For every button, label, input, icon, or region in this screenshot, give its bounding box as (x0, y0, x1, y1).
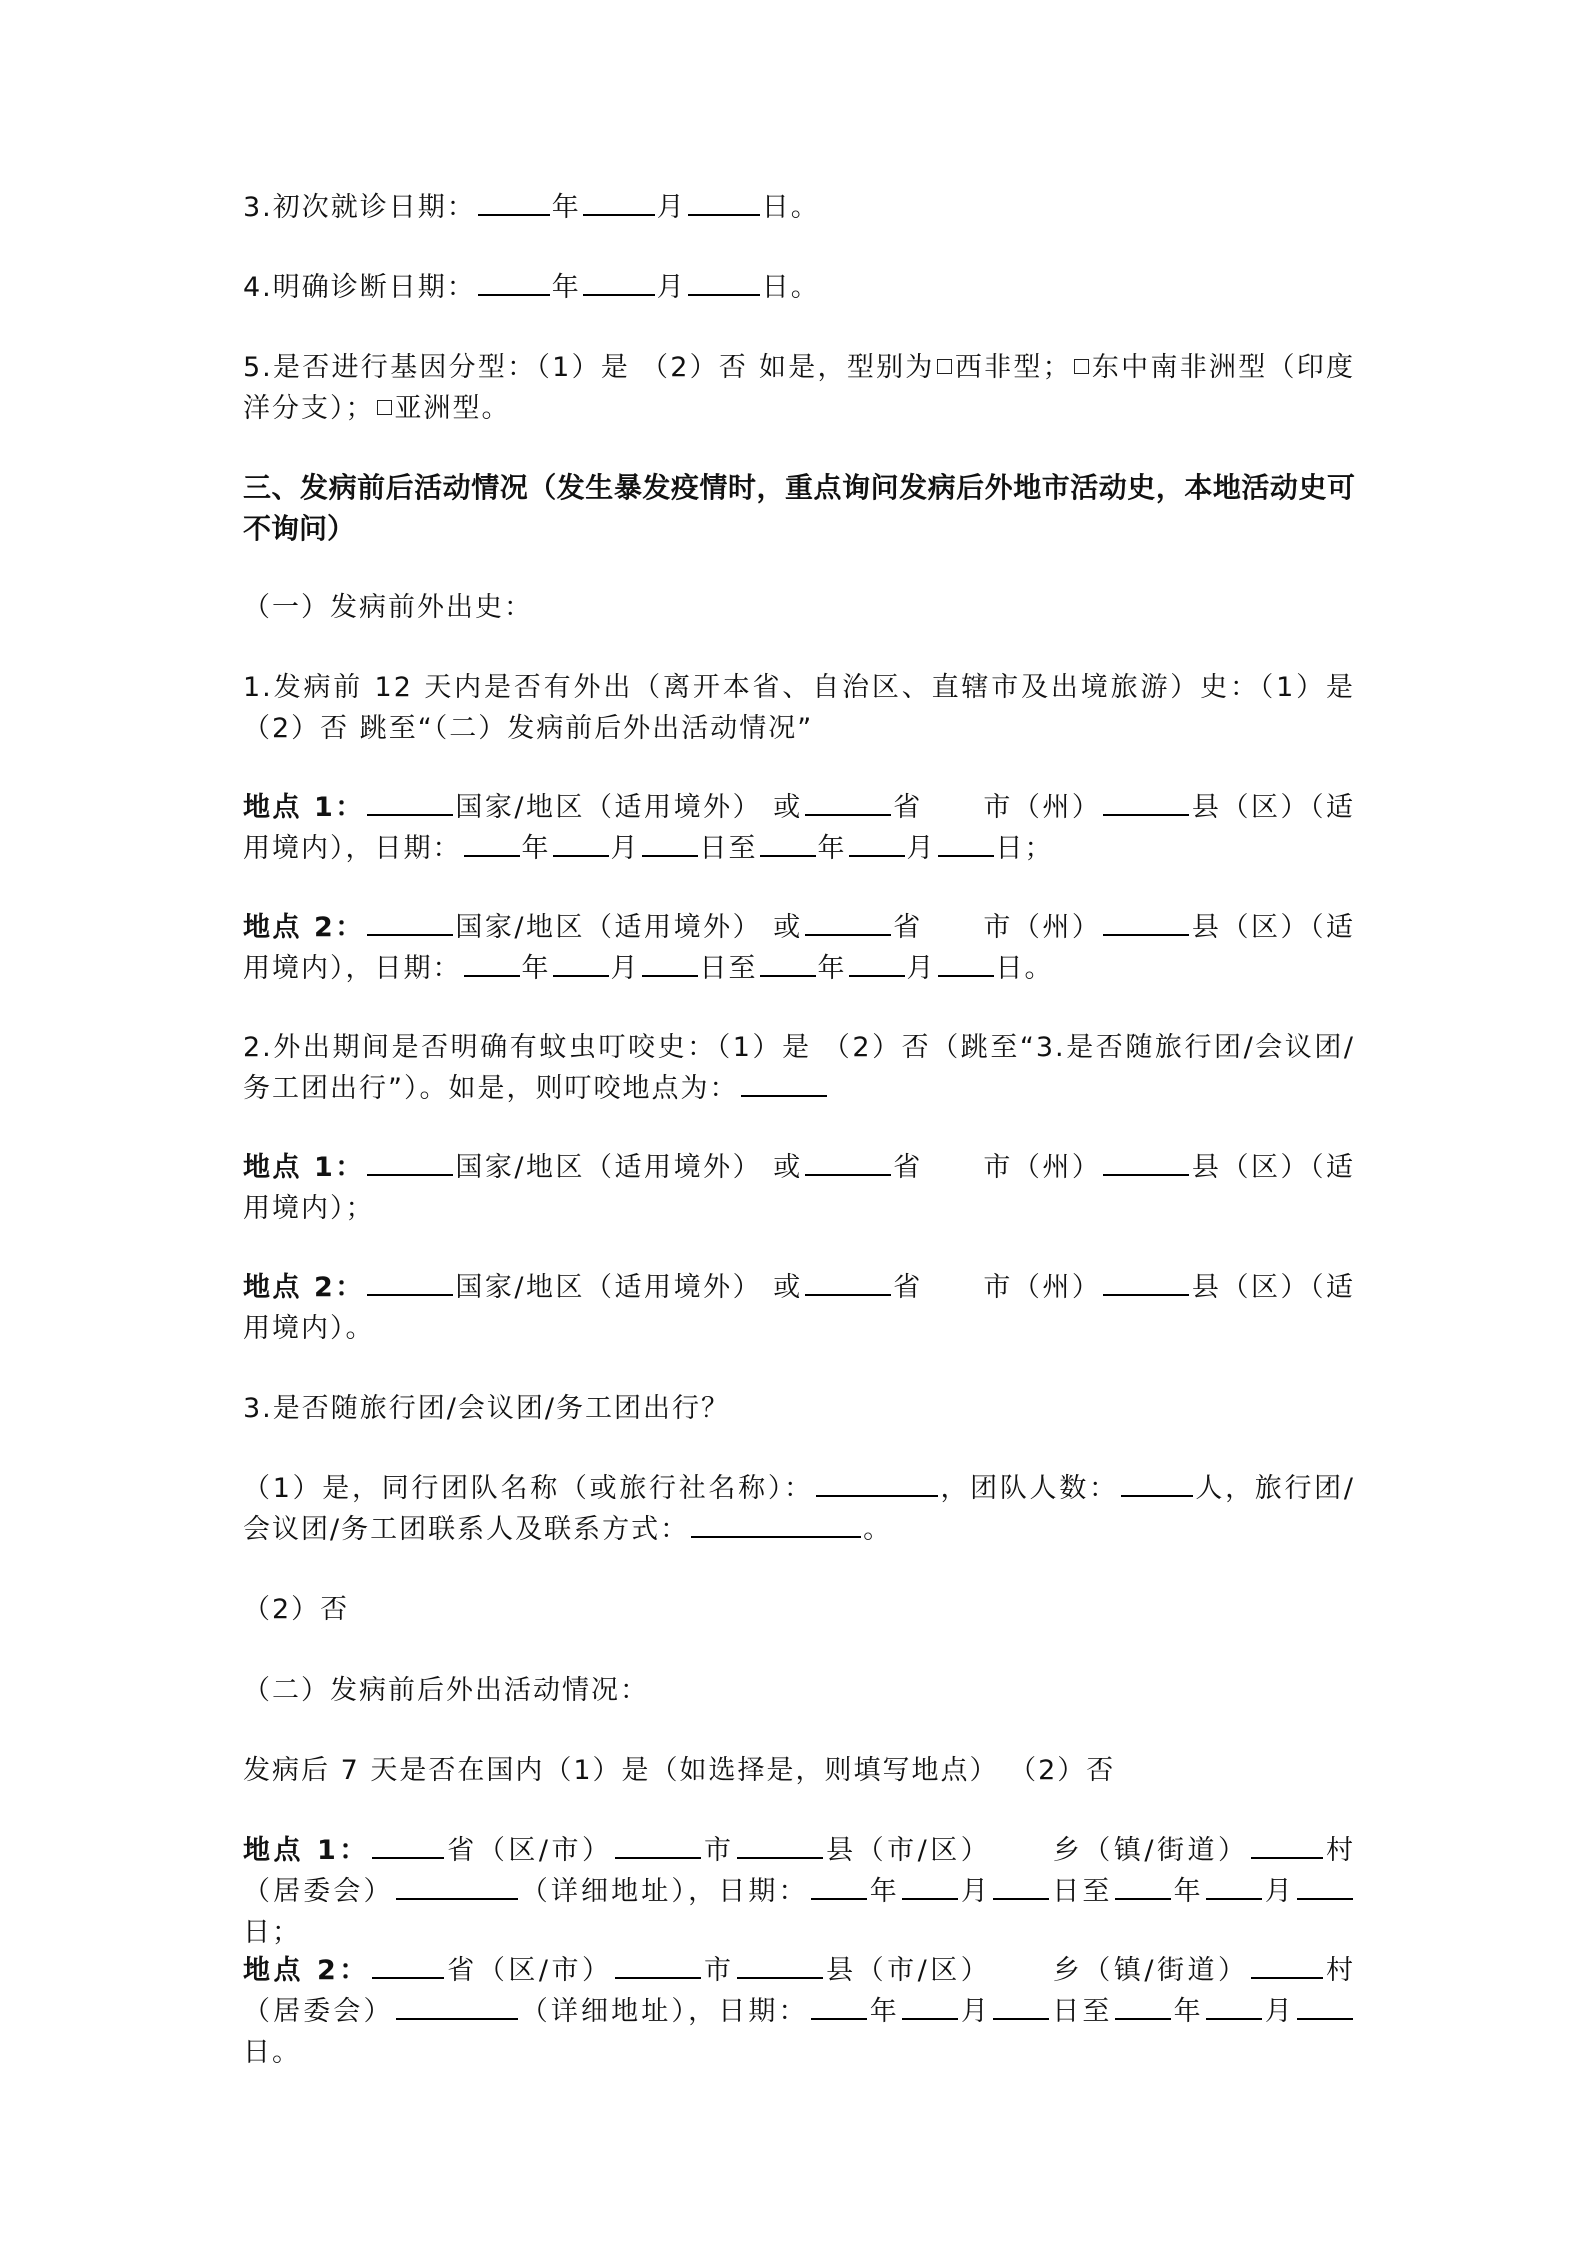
province-label: 省 (893, 1152, 923, 1183)
province-label: 省 (893, 792, 923, 823)
to-month-blank[interactable] (849, 829, 905, 857)
county-blank[interactable] (1103, 908, 1189, 936)
year-label: 年 (1173, 1876, 1204, 1907)
location-label: 地点 2： (243, 912, 365, 943)
mosquito-bite-question: 2.外出期间是否明确有蚊虫叮咬史：（1）是 （2）否（跳至“3.是否随旅行团/会… (243, 1027, 1355, 1109)
location-label: 地点 2： (243, 1272, 365, 1303)
country-label: 国家/地区（适用境外） 或 (455, 1272, 803, 1303)
village-blank[interactable] (1251, 1951, 1323, 1979)
county-blank[interactable] (737, 1951, 823, 1979)
year-label: 年 (552, 192, 581, 223)
county-label: 县（市/区） (825, 1955, 992, 1986)
month-label: 月 (657, 272, 686, 303)
province-blank[interactable] (372, 1831, 444, 1859)
option-yes[interactable]: （1）是 (536, 352, 630, 383)
county-label: 县（区） (1191, 1272, 1310, 1303)
from-month-blank[interactable] (902, 1872, 958, 1900)
genotyping-item: 5.是否进行基因分型：（1）是 （2）否 如是，型别为西非型；东中南非洲型（印度… (243, 347, 1355, 429)
domestic-location-2: 地点 2：省（区/市）市县（市/区）乡（镇/街道）村（居委会）（详细地址），日期… (243, 1950, 1355, 2073)
domestic-question: 发病后 7 天是否在国内（1）是（如选择是，则填写地点） （2）否 (243, 1750, 1355, 1791)
location-2: 地点 2：国家/地区（适用境外） 或省市（州）县（区）（适用境内），日期：年月日… (243, 907, 1355, 989)
location-label: 地点 1： (243, 792, 365, 823)
province-blank[interactable] (805, 908, 891, 936)
day-end-label: 日； (996, 833, 1054, 864)
day-blank[interactable] (688, 268, 760, 296)
day-end-label: 日。 (996, 953, 1054, 984)
year-label: 年 (522, 953, 551, 984)
address-label: （详细地址），日期： (520, 1876, 809, 1907)
country-blank[interactable] (367, 1268, 453, 1296)
address-blank[interactable] (396, 1992, 518, 2020)
to-year-blank[interactable] (760, 829, 816, 857)
year-label: 年 (818, 833, 847, 864)
city-blank[interactable] (615, 1831, 701, 1859)
day-label: 日。 (762, 272, 820, 303)
city-label: 市（州） (983, 1272, 1102, 1303)
year-blank[interactable] (478, 268, 550, 296)
month-label: 月 (611, 833, 640, 864)
address-blank[interactable] (396, 1872, 518, 1900)
year-label: 年 (869, 1876, 900, 1907)
location-1: 地点 1：国家/地区（适用境外） 或省市（州）县（区）（适用境内），日期：年月日… (243, 787, 1355, 869)
month-label: 月 (1264, 1996, 1295, 2027)
domestic-location-1: 地点 1：省（区/市）市县（市/区）乡（镇/街道）村（居委会）（详细地址），日期… (243, 1830, 1355, 1953)
contact-blank[interactable] (691, 1510, 861, 1538)
month-label: 月 (907, 833, 936, 864)
city-label: 市（州） (983, 792, 1102, 823)
province-blank[interactable] (805, 788, 891, 816)
team-size-label: ，团队人数： (940, 1473, 1119, 1504)
month-label: 月 (1264, 1876, 1295, 1907)
town-label: 乡（镇/街道） (1051, 1955, 1248, 1986)
city-label: 市 (703, 1835, 735, 1866)
first-visit-date-item: 3.初次就诊日期：年月日。 (243, 187, 1355, 228)
city-label: 市 (703, 1955, 735, 1986)
bite-location-2: 地点 2：国家/地区（适用境外） 或省市（州）县（区）（适用境内）。 (243, 1267, 1355, 1349)
from-day-blank[interactable] (993, 1992, 1049, 2020)
country-blank[interactable] (367, 1148, 453, 1176)
label: 5.是否进行基因分型： (243, 352, 536, 383)
to-month-blank[interactable] (1206, 1992, 1262, 2020)
county-label: 县（区） (1191, 792, 1310, 823)
day-to-label: 日至 (1051, 1996, 1112, 2027)
from-day-blank[interactable] (642, 949, 698, 977)
team-size-blank[interactable] (1121, 1469, 1193, 1497)
country-label: 国家/地区（适用境外） 或 (455, 1152, 803, 1183)
month-label: 月 (657, 192, 686, 223)
to-year-blank[interactable] (1115, 1872, 1171, 1900)
to-day-blank[interactable] (1297, 1992, 1353, 2020)
city-blank[interactable] (615, 1951, 701, 1979)
type-west-africa: 西非型； (955, 352, 1072, 383)
checkbox-icon[interactable] (377, 400, 392, 415)
section-title: 三、发病前后活动情况（发生暴发疫情时，重点询问发病后外地市活动史，本地活动史可不… (243, 467, 1355, 549)
location-label: 地点 1： (243, 1835, 370, 1866)
city-label: 市（州） (983, 912, 1102, 943)
year-label: 年 (869, 1996, 900, 2027)
subsection-title: （二）发病前后外出活动情况： (243, 1670, 1355, 1711)
county-blank[interactable] (1103, 1148, 1189, 1176)
country-blank[interactable] (367, 908, 453, 936)
team-name-blank[interactable] (816, 1469, 938, 1497)
group-travel-question: 3.是否随旅行团/会议团/务工团出行？ (243, 1388, 1355, 1429)
location-label: 地点 1： (243, 1152, 365, 1183)
county-label: 县（市/区） (825, 1835, 992, 1866)
province-label: 省（区/市） (446, 1835, 613, 1866)
county-blank[interactable] (737, 1831, 823, 1859)
to-month-blank[interactable] (1206, 1872, 1262, 1900)
subsection-title: （一）发病前外出史： (243, 587, 1355, 628)
day-label: 日。 (762, 192, 820, 223)
province-blank[interactable] (805, 1268, 891, 1296)
diagnosis-date-item: 4.明确诊断日期：年月日。 (243, 267, 1355, 308)
from-month-blank[interactable] (553, 829, 609, 857)
country-label: 国家/地区（适用境外） 或 (455, 792, 803, 823)
town-label: 乡（镇/街道） (1051, 1835, 1248, 1866)
checkbox-icon[interactable] (937, 359, 952, 374)
address-label: （详细地址），日期： (520, 1996, 809, 2027)
county-blank[interactable] (1103, 788, 1189, 816)
month-label: 月 (611, 953, 640, 984)
from-day-blank[interactable] (993, 1872, 1049, 1900)
country-label: 国家/地区（适用境外） 或 (455, 912, 803, 943)
period: 。 (863, 1514, 892, 1545)
country-blank[interactable] (367, 788, 453, 816)
group-travel-yes: （1）是，同行团队名称（或旅行社名称）：，团队人数：人，旅行团/会议团/务工团联… (243, 1468, 1355, 1550)
year-label: 年 (818, 953, 847, 984)
day-to-label: 日至 (700, 833, 758, 864)
type-asian: 亚洲型。 (395, 393, 511, 424)
day-to-label: 日至 (1051, 1876, 1112, 1907)
city-label: 市（州） (983, 1152, 1102, 1183)
team-name-label: （1）是，同行团队名称（或旅行社名称）： (243, 1473, 814, 1504)
from-month-blank[interactable] (553, 949, 609, 977)
from-year-blank[interactable] (811, 1992, 867, 2020)
month-label: 月 (907, 953, 936, 984)
day-end-label: 日。 (243, 2037, 301, 2068)
county-label: 县（区） (1191, 1152, 1310, 1183)
year-blank[interactable] (478, 188, 550, 216)
from-year-blank[interactable] (464, 829, 520, 857)
province-label: 省 (893, 912, 923, 943)
month-label: 月 (960, 1876, 991, 1907)
bite-location-blank[interactable] (741, 1069, 827, 1097)
from-day-blank[interactable] (642, 829, 698, 857)
if-yes-label: 如是，型别为 (759, 352, 935, 383)
day-end-label: 日； (243, 1917, 301, 1948)
from-year-blank[interactable] (464, 949, 520, 977)
to-year-blank[interactable] (760, 949, 816, 977)
bite-location-1: 地点 1：国家/地区（适用境外） 或省市（州）县（区）（适用境内）； (243, 1147, 1355, 1229)
to-day-blank[interactable] (938, 949, 994, 977)
day-to-label: 日至 (700, 953, 758, 984)
option-no[interactable]: （2）否 (641, 352, 748, 383)
label: 3.初次就诊日期： (243, 192, 476, 223)
travel-question: 1.发病前 12 天内是否有外出（离开本省、自治区、直辖市及出境旅游）史：（1）… (243, 667, 1355, 749)
month-label: 月 (960, 1996, 991, 2027)
location-label: 地点 2： (243, 1955, 370, 1986)
village-blank[interactable] (1251, 1831, 1323, 1859)
county-label: 县（区） (1191, 912, 1310, 943)
year-label: 年 (522, 833, 551, 864)
label: 4.明确诊断日期： (243, 272, 476, 303)
from-month-blank[interactable] (902, 1992, 958, 2020)
month-blank[interactable] (583, 188, 655, 216)
province-label: 省 (893, 1272, 923, 1303)
from-year-blank[interactable] (811, 1872, 867, 1900)
province-blank[interactable] (805, 1148, 891, 1176)
to-day-blank[interactable] (1297, 1872, 1353, 1900)
province-label: 省（区/市） (446, 1955, 613, 1986)
to-month-blank[interactable] (849, 949, 905, 977)
year-label: 年 (1173, 1996, 1204, 2027)
checkbox-icon[interactable] (1074, 359, 1089, 374)
province-blank[interactable] (372, 1951, 444, 1979)
month-blank[interactable] (583, 268, 655, 296)
county-blank[interactable] (1103, 1268, 1189, 1296)
to-year-blank[interactable] (1115, 1992, 1171, 2020)
to-day-blank[interactable] (938, 829, 994, 857)
day-blank[interactable] (688, 188, 760, 216)
group-travel-no: （2）否 (243, 1589, 1355, 1630)
year-label: 年 (552, 272, 581, 303)
